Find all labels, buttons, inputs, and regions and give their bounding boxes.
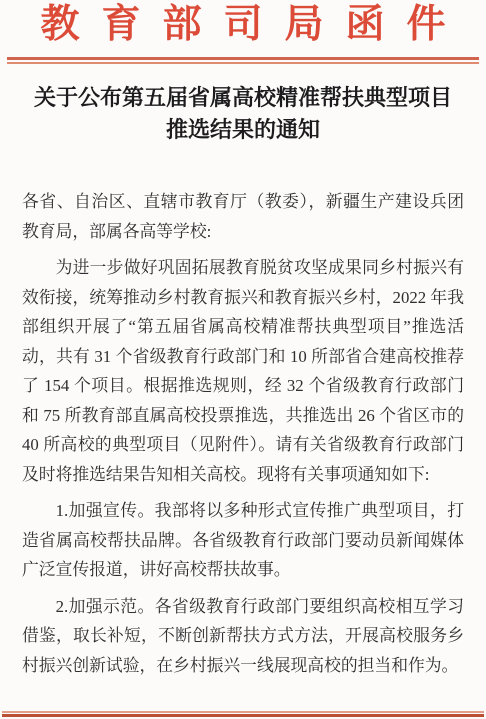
document-title: 关于公布第五届省属高校精准帮扶典型项目 推选结果的通知 (20, 82, 466, 146)
paragraph-intro: 为进一步做好巩固拓展教育脱贫攻坚成果同乡村振兴有效衔接，统筹推动乡村教育振兴和教… (22, 253, 464, 489)
page-footer-divider (2, 711, 484, 717)
document-title-line2: 推选结果的通知 (20, 114, 466, 146)
footer-divider-thick-line (2, 714, 484, 717)
masthead-divider (7, 57, 479, 64)
document-body: 各省、自治区、直辖市教育厅（教委），新疆生产建设兵团教育局，部属各高等学校: 为… (22, 187, 464, 687)
document-title-line1: 关于公布第五届省属高校精准帮扶典型项目 (20, 82, 466, 114)
paragraph-item-1: 1.加强宣传。我部将以多种形式宣传推广典型项目，打造省属高校帮扶品牌。各省级教育… (22, 496, 464, 585)
masthead-divider-thin-line (7, 62, 479, 64)
paragraph-item-2: 2.加强示范。各省级教育行政部门要组织高校相互学习借鉴，取长补短，不断创新帮扶方… (22, 592, 464, 681)
document-masthead: 教育部司局函件 (0, 2, 486, 48)
salutation: 各省、自治区、直辖市教育厅（教委），新疆生产建设兵团教育局，部属各高等学校: (22, 187, 464, 246)
document-page: 教育部司局函件 关于公布第五届省属高校精准帮扶典型项目 推选结果的通知 各省、自… (0, 0, 486, 719)
